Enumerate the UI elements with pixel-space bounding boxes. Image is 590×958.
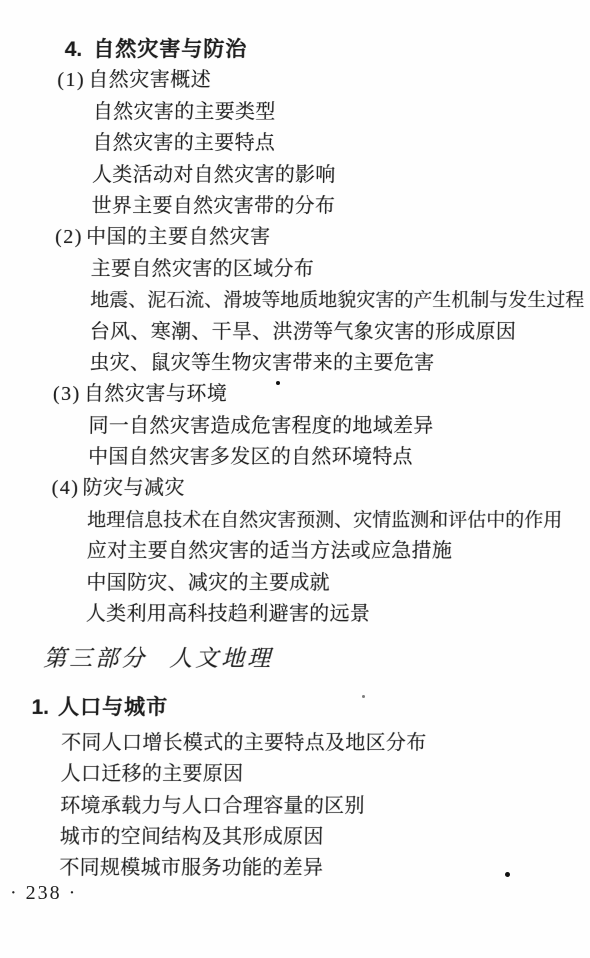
outline-item-2: (2)中国的主要自然灾害 (0, 222, 587, 253)
scan-artifact-dot (505, 872, 510, 877)
outline-line: 不同人口增长模式的主要特点及地区分布 (0, 728, 580, 759)
part-title-text: 人文地理 (169, 646, 273, 671)
outline-line: 中国自然灾害多发区的自然环境特点 (0, 442, 584, 473)
heading-1-population-cities: 1.人口与城市 (0, 692, 581, 723)
outline-line: 台风、寒潮、干旱、洪涝等气象灾害的形成原因 (0, 317, 586, 348)
outline-content: 4.自然灾害与防治 (1)自然灾害概述 自然灾害的主要类型 自然灾害的主要特点 … (0, 34, 590, 885)
item-text: 自然灾害概述 (88, 69, 211, 91)
item-marker: (4) (52, 477, 80, 499)
scan-artifact-dot (276, 381, 280, 385)
outline-line: 应对主要自然灾害的适当方法或应急措施 (0, 536, 583, 567)
outline-line: 人类活动对自然灾害的影响 (0, 160, 588, 191)
outline-line: 环境承载力与人口合理容量的区别 (0, 791, 579, 822)
outline-item-1: (1)自然灾害概述 (0, 65, 590, 96)
heading-4-natural-disasters: 4.自然灾害与防治 (0, 34, 590, 65)
outline-item-3: (3)自然灾害与环境 (0, 379, 585, 410)
heading-text: 人口与城市 (58, 696, 168, 719)
outline-line: 人口迁移的主要原因 (0, 759, 580, 790)
item-text: 防灾与减灾 (82, 477, 185, 499)
heading-number: 4. (65, 38, 83, 61)
outline-line: 不同规模城市服务功能的差异 (0, 853, 579, 884)
heading-text: 自然灾害与防治 (93, 38, 247, 61)
heading-number: 1. (31, 696, 49, 719)
outline-line: 自然灾害的主要类型 (0, 97, 589, 128)
outline-line: 主要自然灾害的区域分布 (0, 254, 587, 285)
outline-line: 城市的空间结构及其形成原因 (0, 822, 579, 853)
outline-line: 虫灾、鼠灾等生物灾害带来的主要危害 (0, 348, 586, 379)
scan-artifact-dot (362, 695, 365, 698)
outline-line: 中国防灾、减灾的主要成就 (0, 568, 583, 599)
scanned-book-page: 4.自然灾害与防治 (1)自然灾害概述 自然灾害的主要类型 自然灾害的主要特点 … (0, 0, 590, 958)
part-3-heading: 第三部分人文地理 (0, 636, 582, 682)
outline-item-4: (4)防灾与减灾 (0, 473, 584, 504)
item-text: 自然灾害与环境 (84, 383, 228, 405)
outline-line: 人类利用高科技趋利避害的远景 (0, 599, 582, 630)
item-text: 中国的主要自然灾害 (86, 226, 271, 248)
item-marker: (1) (57, 69, 85, 91)
item-marker: (3) (53, 383, 81, 405)
outline-line: 地震、泥石流、滑坡等地质地貌灾害的产生机制与发生过程 (0, 285, 586, 316)
item-marker: (2) (55, 226, 83, 248)
outline-line: 同一自然灾害造成危害程度的地域差异 (0, 411, 585, 442)
outline-line: 世界主要自然灾害带的分布 (0, 191, 588, 222)
outline-line: 自然灾害的主要特点 (0, 128, 589, 159)
page-number: · 238 · (10, 882, 77, 905)
outline-line: 地理信息技术在自然灾害预测、灾情监测和评估中的作用 (0, 505, 583, 536)
part-number: 第三部分 (43, 646, 147, 671)
